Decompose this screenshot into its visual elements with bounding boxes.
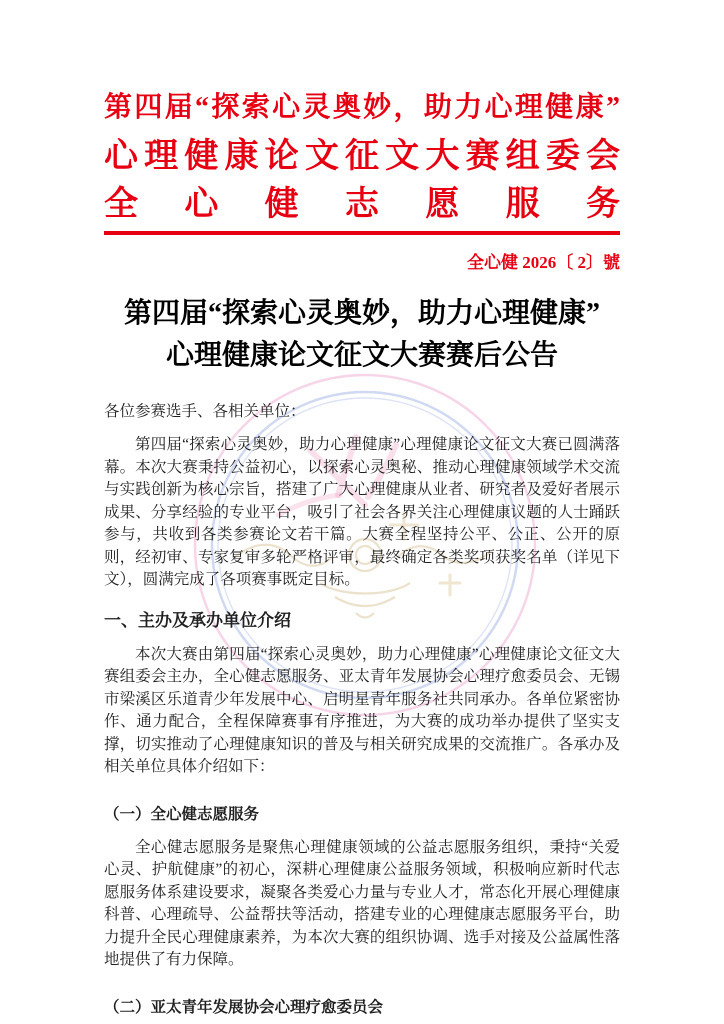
letterhead: 第四届“探索心灵奥妙，助力心理健康” 心理健康论文征文大赛组委会 全心健志愿服务… bbox=[104, 84, 620, 273]
subsection-1-heading: （一）全心健志愿服务 bbox=[104, 804, 620, 826]
subsection-2-heading: （二）亚太青年发展协会心理疗愈委员会 bbox=[104, 997, 620, 1019]
document-content: 第四届“探索心灵奥妙，助力心理健康” 心理健康论文征文大赛组委会 全心健志愿服务… bbox=[0, 0, 724, 1019]
salutation: 各位参赛选手、各相关单位： bbox=[104, 401, 620, 423]
section-1-paragraph: 本次大赛由第四届“探索心灵奥妙，助力心理健康”心理健康论文征文大赛组委会主办，全… bbox=[104, 644, 620, 779]
document-page: 第四届“探索心灵奥妙，助力心理健康” 心理健康论文征文大赛组委会 全心健志愿服务… bbox=[0, 0, 724, 1024]
letterhead-line-1: 第四届“探索心灵奥妙，助力心理健康” bbox=[104, 84, 620, 132]
section-1-heading: 一、主办及承办单位介绍 bbox=[104, 609, 620, 633]
subsection-1-paragraph: 全心健志愿服务是聚焦心理健康领域的公益志愿服务组织，秉持“关爱心灵、护航健康”的… bbox=[104, 837, 620, 972]
page-title-line-1: 第四届“探索心灵奥妙，助力心理健康” bbox=[104, 293, 620, 335]
document-number: 全心健 2026〔 2〕號 bbox=[104, 253, 620, 273]
letterhead-divider bbox=[104, 231, 620, 235]
page-title-line-2: 心理健康论文征文大赛赛后公告 bbox=[104, 335, 620, 377]
letterhead-line-2: 心理健康论文征文大赛组委会 bbox=[104, 132, 620, 182]
page-title: 第四届“探索心灵奥妙，助力心理健康” 心理健康论文征文大赛赛后公告 bbox=[104, 293, 620, 377]
letterhead-line-3: 全心健志愿服务 bbox=[104, 182, 620, 228]
intro-paragraph: 第四届“探索心灵奥妙，助力心理健康”心理健康论文征文大赛已圆满落幕。本次大赛秉持… bbox=[104, 434, 620, 592]
